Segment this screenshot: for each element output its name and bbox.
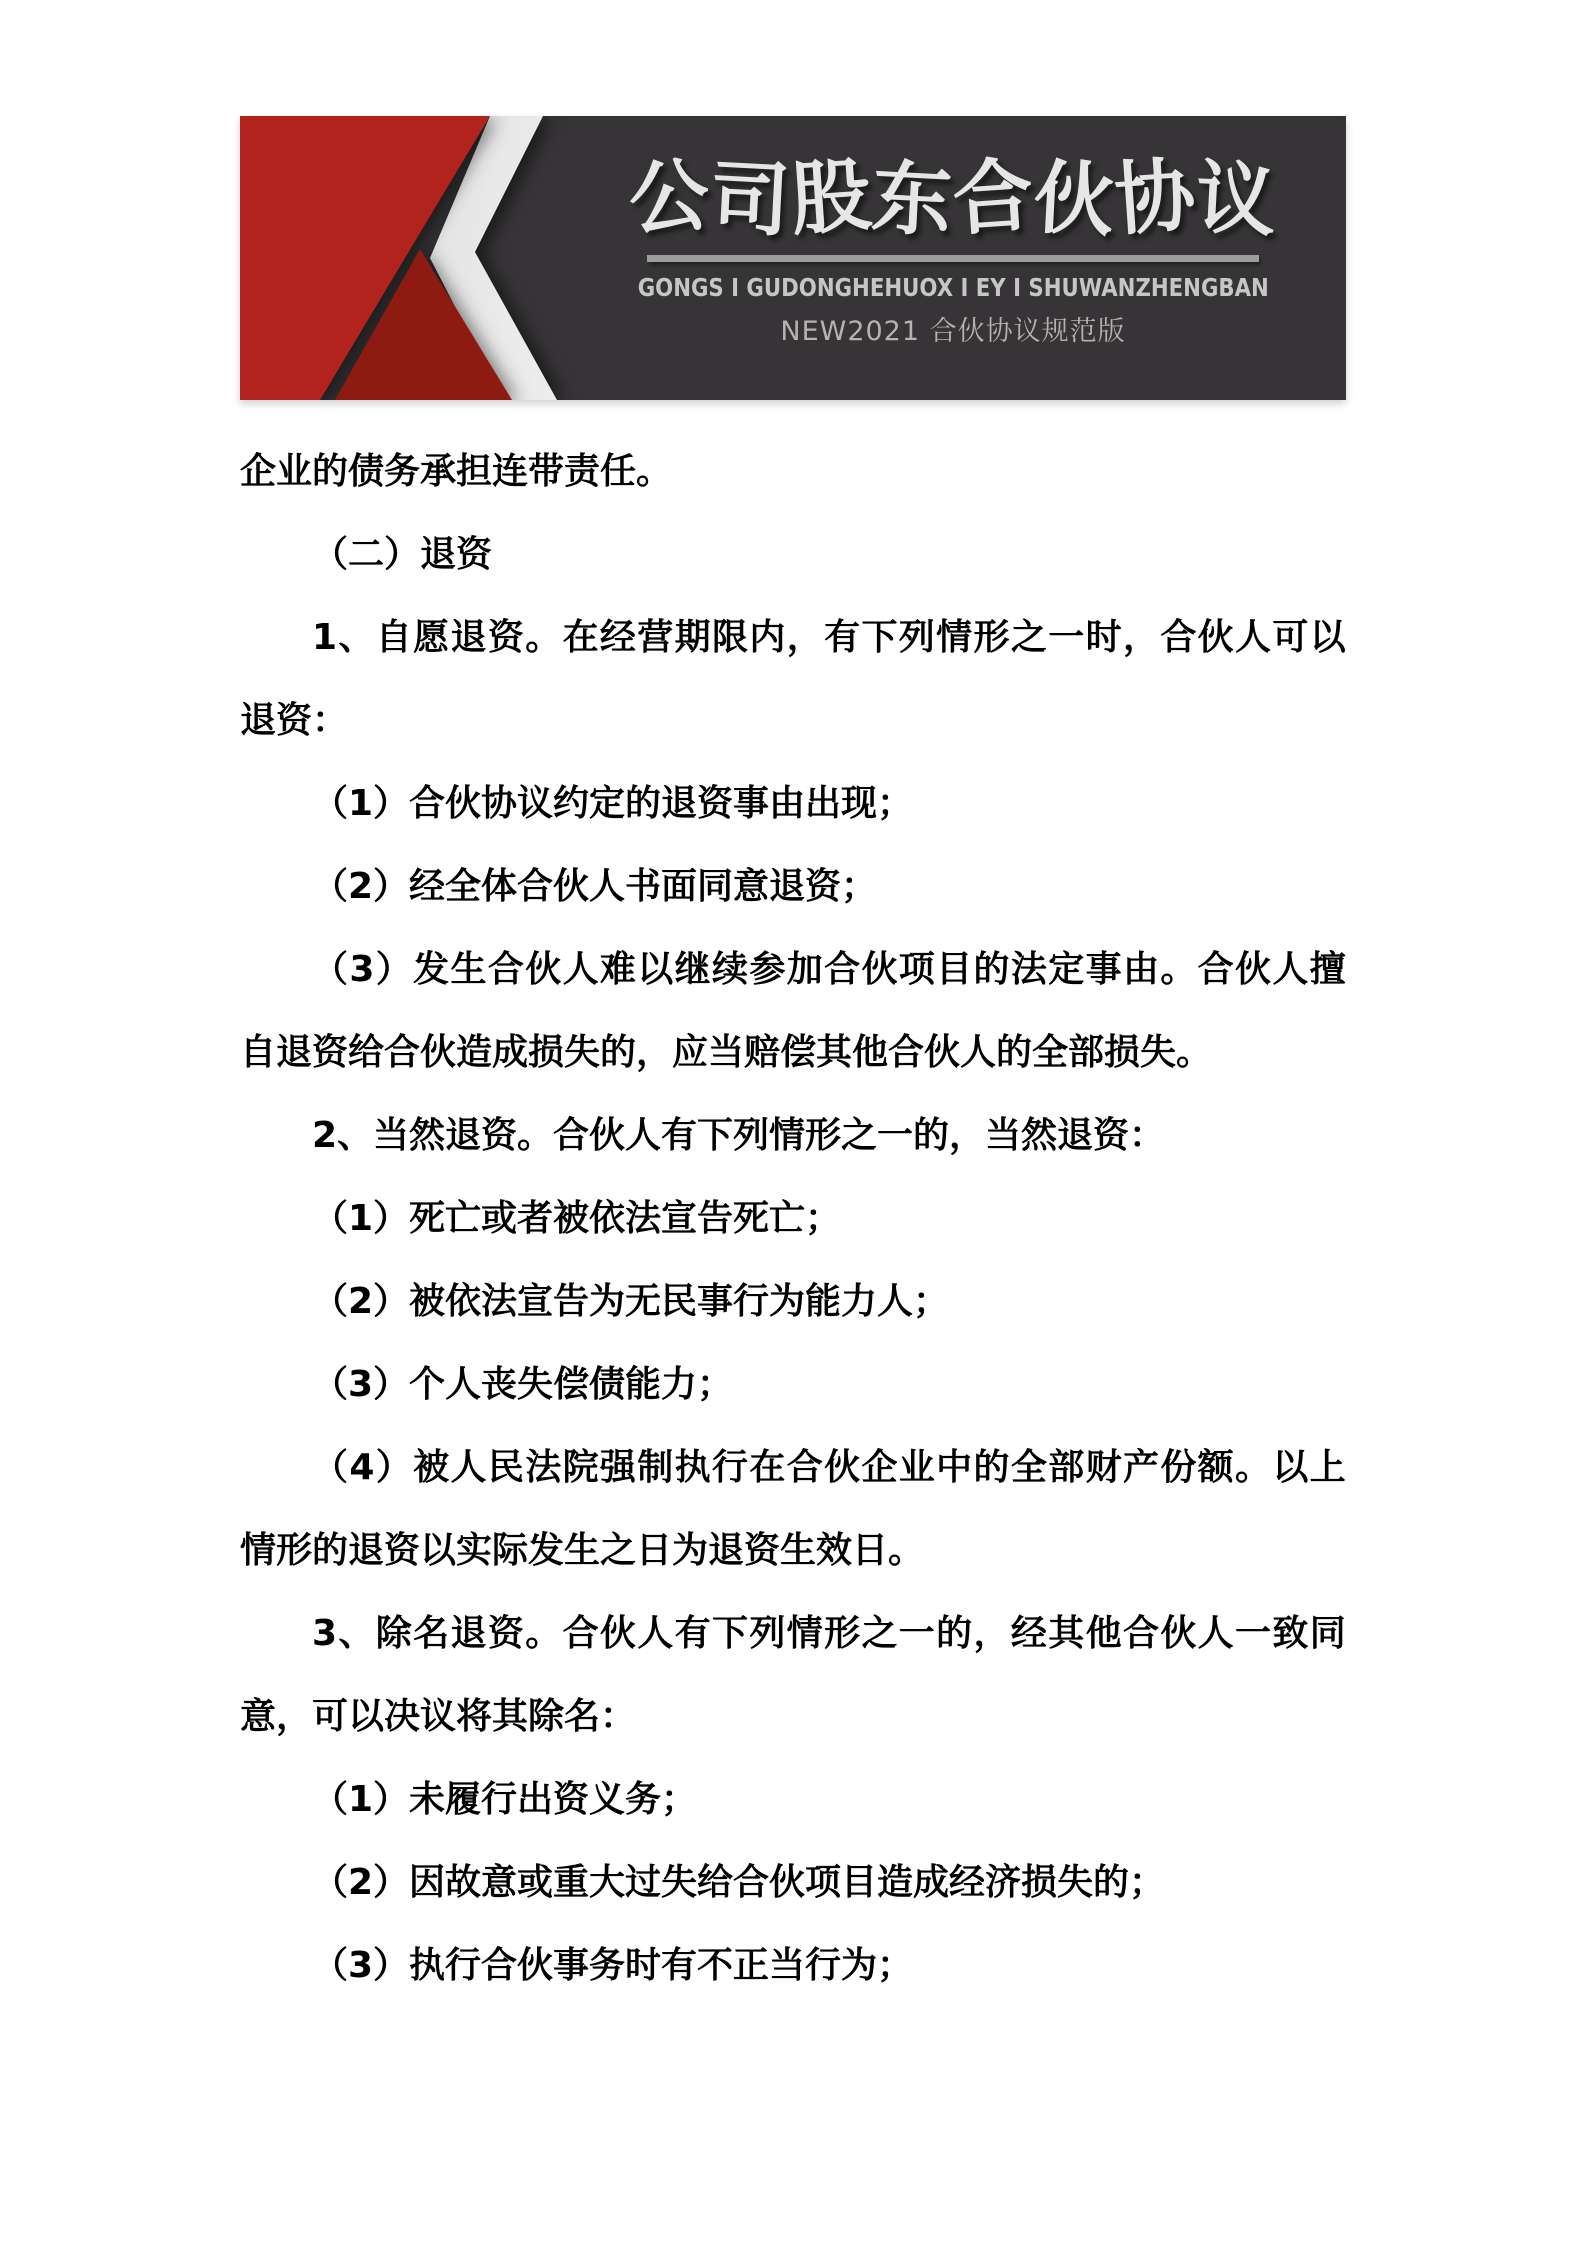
banner-content: 公司股东合伙协议 GONGS I GUDONGHEHUOX I EY I SHU… [560,116,1346,400]
document-line: 退资： [240,679,1346,762]
document-line: （3）个人丧失偿债能力； [240,1343,1346,1426]
document-line: （2）被依法宣告为无民事行为能力人； [240,1260,1346,1343]
document-line: 自退资给合伙造成损失的，应当赔偿其他合伙人的全部损失。 [240,1011,1346,1094]
document-line: 3、除名退资。合伙人有下列情形之一的，经其他合伙人一致同 [240,1592,1346,1675]
document-line: 意，可以决议将其除名： [240,1675,1346,1758]
document-line: （1）死亡或者被依法宣告死亡； [240,1177,1346,1260]
page: { "banner": { "title": "公司股东合伙协议", "subt… [0,0,1587,2245]
banner-subtitle-edition: NEW2021 合伙协议规范版 [780,318,1125,346]
document-line: 企业的债务承担连带责任。 [240,430,1346,513]
title-underline [647,255,1259,262]
document-line: （3）发生合伙人难以继续参加合伙项目的法定事由。合伙人擅 [240,928,1346,1011]
cover-banner: 公司股东合伙协议 GONGS I GUDONGHEHUOX I EY I SHU… [240,116,1346,400]
document-line: 情形的退资以实际发生之日为退资生效日。 [240,1509,1346,1592]
document-line: （2）因故意或重大过失给合伙项目造成经济损失的； [240,1841,1346,1924]
document-line: （1）合伙协议约定的退资事由出现； [240,762,1346,845]
document-line: （3）执行合伙事务时有不正当行为； [240,1924,1346,2007]
document-line: （4）被人民法院强制执行在合伙企业中的全部财产份额。以上 [240,1426,1346,1509]
document-line: （二）退资 [240,513,1346,596]
document-line: 1、自愿退资。在经营期限内，有下列情形之一时，合伙人可以 [240,596,1346,679]
document-body: 企业的债务承担连带责任。 （二）退资 1、自愿退资。在经营期限内，有下列情形之一… [240,430,1346,2007]
document-line: 2、当然退资。合伙人有下列情形之一的，当然退资： [240,1094,1346,1177]
banner-title: 公司股东合伙协议 [629,158,1277,238]
banner-subtitle-pinyin: GONGS I GUDONGHEHUOX I EY I SHUWANZHENGB… [637,275,1268,301]
document-line: （1）未履行出资义务； [240,1758,1346,1841]
document-line: （2）经全体合伙人书面同意退资； [240,845,1346,928]
